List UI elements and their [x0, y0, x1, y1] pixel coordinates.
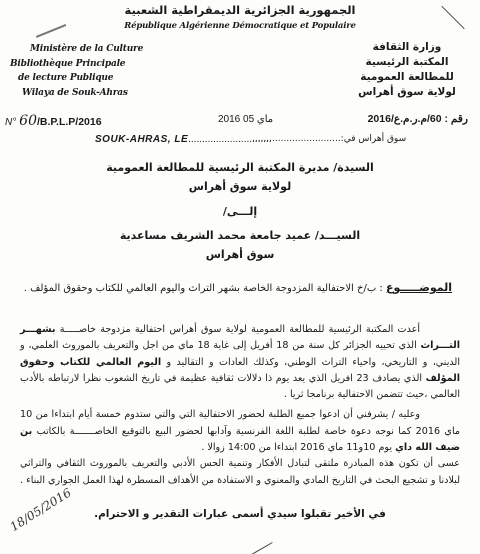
signature-stroke: [251, 542, 272, 554]
body-paragraph-1: أعدت المكتبة الرئيسية للمطالعة العمومية …: [20, 322, 460, 403]
ministry-fr: Ministère de la Culture: [10, 42, 150, 57]
reference-number-arabic: رقم : 60/م.ر.م.ع/2016: [368, 113, 468, 125]
body-paragraph-3: عسى أن تكون هذه المبادرة ملتقى لتبادل ال…: [20, 456, 460, 489]
republic-title-french: République Algérienne Démocratique et Po…: [0, 21, 480, 31]
subject-line: الموضـــــوع : ب/خ الاحتفالية المزدوجة ا…: [22, 281, 452, 294]
reference-number-french: N° 60/B.P.L.P/2016: [5, 113, 102, 129]
left-letterhead-french: Ministère de la Culture Bibliothèque Pri…: [10, 42, 150, 100]
sender-block: السيدة/ مديرة المكتبة الرئيسية للمطالعة …: [0, 158, 480, 196]
body-paragraph-2: وعليه / يشرفني أن ادعوا جميع الطلبة لحضو…: [20, 407, 460, 456]
republic-title-arabic: الجمهورية الجزائرية الديمقراطية الشعبية: [0, 3, 480, 17]
library-fr-line2: de lecture Publique: [10, 71, 150, 86]
date-stamp: 2016 ماي 05: [218, 114, 273, 125]
subject-label: الموضـــــوع: [386, 281, 452, 294]
wilaya-fr: Wilaya de Souk-Ahras: [10, 86, 150, 101]
sender-line2: لولاية سوق أهراس: [0, 177, 480, 196]
recipient-line1: السيـــد/ عميد جامعة محمد الشريف مساعدية: [0, 226, 480, 245]
place-fr-label: SOUK-AHRAS, LE: [95, 134, 188, 145]
to-label: إلـــى/: [0, 205, 480, 218]
place-date-arabic: سوق أهراس في:...........................…: [252, 134, 406, 144]
recipient-line2: سوق أهراس: [0, 245, 480, 264]
ministry-ar: وزارة الثقافة: [342, 40, 472, 55]
place-date-french: SOUK-AHRAS, LE..........................…: [95, 134, 271, 145]
reference-suffix: /B.P.L.P/2016: [37, 116, 102, 128]
letter-body: أعدت المكتبة الرئيسية للمطالعة العمومية …: [20, 322, 460, 489]
library-ar: المكتبة الرئيسية: [342, 55, 472, 70]
library-fr: Bibliothèque Principale: [10, 57, 150, 72]
subject-text: : ب/خ الاحتفالية المزدوجة الخاصة بشهر ال…: [24, 283, 383, 294]
sender-line1: السيدة/ مديرة المكتبة الرئيسية للمطالعة …: [0, 158, 480, 177]
right-letterhead-arabic: وزارة الثقافة المكتبة الرئيسية للمطالعة …: [342, 40, 472, 100]
reference-prefix: N°: [5, 117, 16, 128]
wilaya-ar: لولاية سوق أهراس: [342, 85, 472, 100]
library-ar-line2: للمطالعة العمومية: [342, 70, 472, 85]
closing-salutation: في الأخير تقبلوا سيدي أسمى عبارات التقدي…: [0, 508, 480, 520]
reference-handwritten-number: 60: [19, 113, 37, 129]
recipient-block: السيـــد/ عميد جامعة محمد الشريف مساعدية…: [0, 226, 480, 264]
